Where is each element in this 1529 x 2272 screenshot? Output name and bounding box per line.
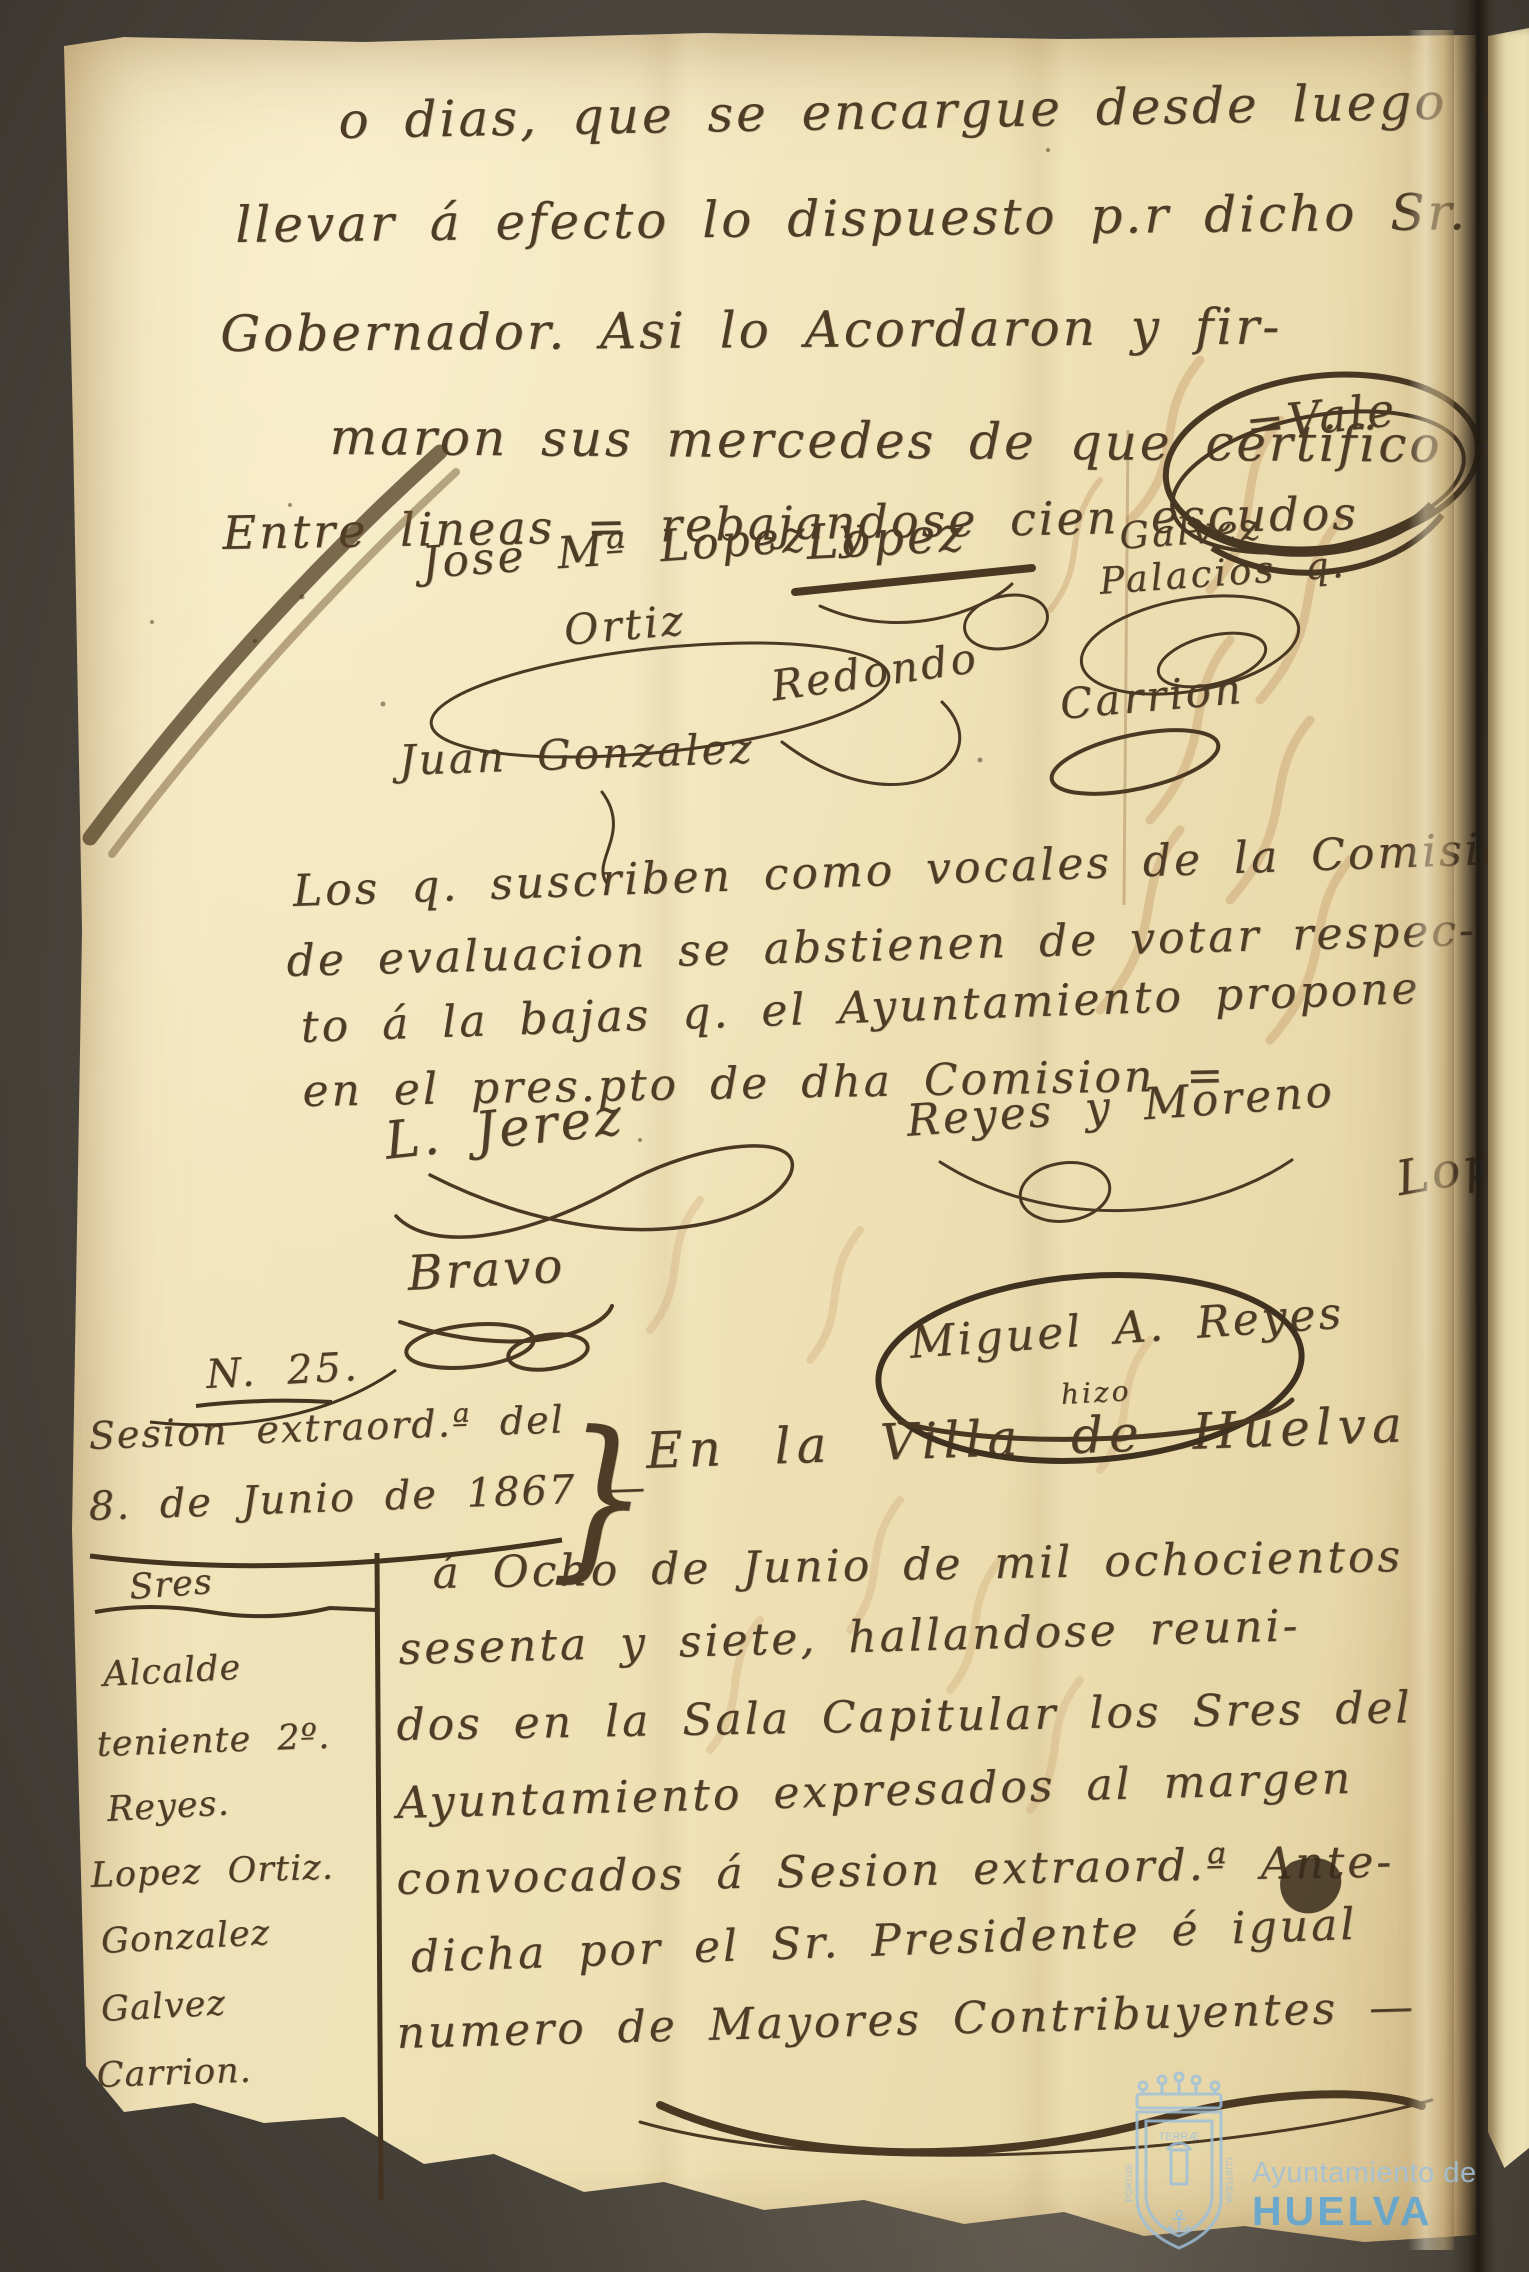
crest-motto-left: PORTUS [1124,2165,1134,2202]
huelva-coat-of-arms-icon: TERRÆ PORTUS CUSTODIA ⚓ [0,0,1529,2272]
anchor-icon: ⚓ [1166,2205,1193,2240]
scanned-manuscript: o dias, que se encargue desde luego en l… [0,0,1529,2272]
crest-motto-top: TERRÆ [1159,2131,1200,2143]
watermark-org-name: Ayuntamiento de [1252,2157,1477,2190]
watermark-city-name: HUELVA [1252,2188,1432,2235]
crest-motto-right: CUSTODIA [1224,2157,1234,2203]
